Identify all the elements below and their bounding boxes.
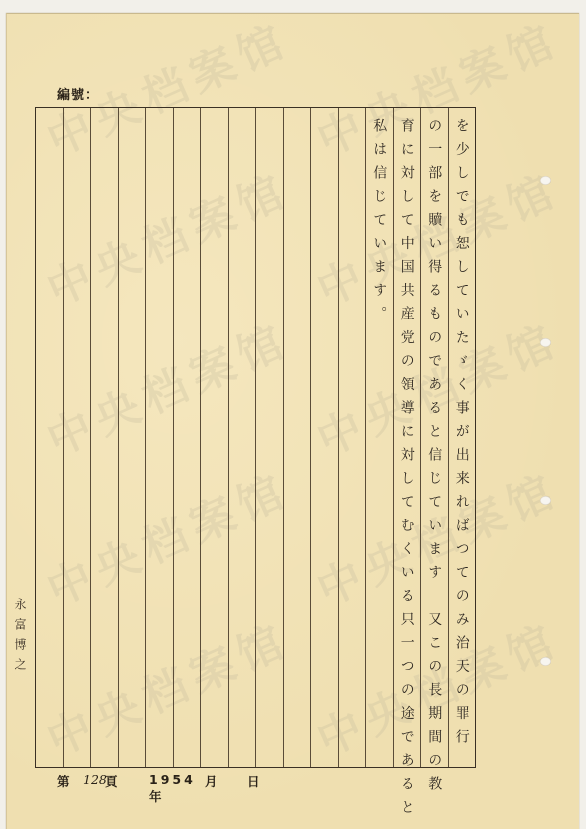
handwritten-line: 育に対して中国共産党の領導に対してむくいる只一つの途であると xyxy=(400,118,414,823)
author-signature: 永富博之 xyxy=(12,598,29,678)
page-prefix: 第 xyxy=(57,772,83,805)
binding-hole xyxy=(540,496,551,505)
manuscript-column xyxy=(64,108,92,767)
binding-hole xyxy=(540,176,551,185)
manuscript-column: を少しでも恕していたゞく事が出来ればつてのみ治天の罪行 xyxy=(449,108,476,767)
manuscript-column xyxy=(311,108,339,767)
month-field: 月 xyxy=(205,772,247,805)
handwritten-line: 私は信じています。 xyxy=(372,118,386,330)
manuscript-column xyxy=(229,108,257,767)
page-number: 128 xyxy=(83,772,105,805)
manuscript-column: 育に対して中国共産党の領導に対してむくいる只一つの途であると xyxy=(394,108,422,767)
day-field: 日 xyxy=(247,772,260,805)
manuscript-column xyxy=(284,108,312,767)
manuscript-column xyxy=(146,108,174,767)
manuscript-column xyxy=(256,108,284,767)
year-field: 1954年 xyxy=(149,772,205,805)
manuscript-column xyxy=(174,108,202,767)
page-suffix: 頁 xyxy=(105,772,149,805)
manuscript-column xyxy=(119,108,147,767)
manuscript-column xyxy=(339,108,367,767)
manuscript-column: の一部を贖い得るものであると信じています 又この長期間の教 xyxy=(421,108,449,767)
handwritten-line: の一部を贖い得るものであると信じています 又この長期間の教 xyxy=(427,118,441,800)
manuscript-column xyxy=(91,108,119,767)
manuscript-column xyxy=(36,108,64,767)
manuscript-column xyxy=(201,108,229,767)
binding-hole xyxy=(540,338,551,347)
page-footer: 第 128 頁 1954年 月 日 xyxy=(57,772,260,805)
binding-hole xyxy=(540,657,551,666)
number-label: 編號： xyxy=(57,84,99,103)
manuscript-column: 私は信じています。 xyxy=(366,108,394,767)
manuscript-grid: 私は信じています。育に対して中国共産党の領導に対してむくいる只一つの途であるとの… xyxy=(35,107,476,768)
handwritten-line: を少しでも恕していたゞく事が出来ればつてのみ治天の罪行 xyxy=(455,118,469,753)
